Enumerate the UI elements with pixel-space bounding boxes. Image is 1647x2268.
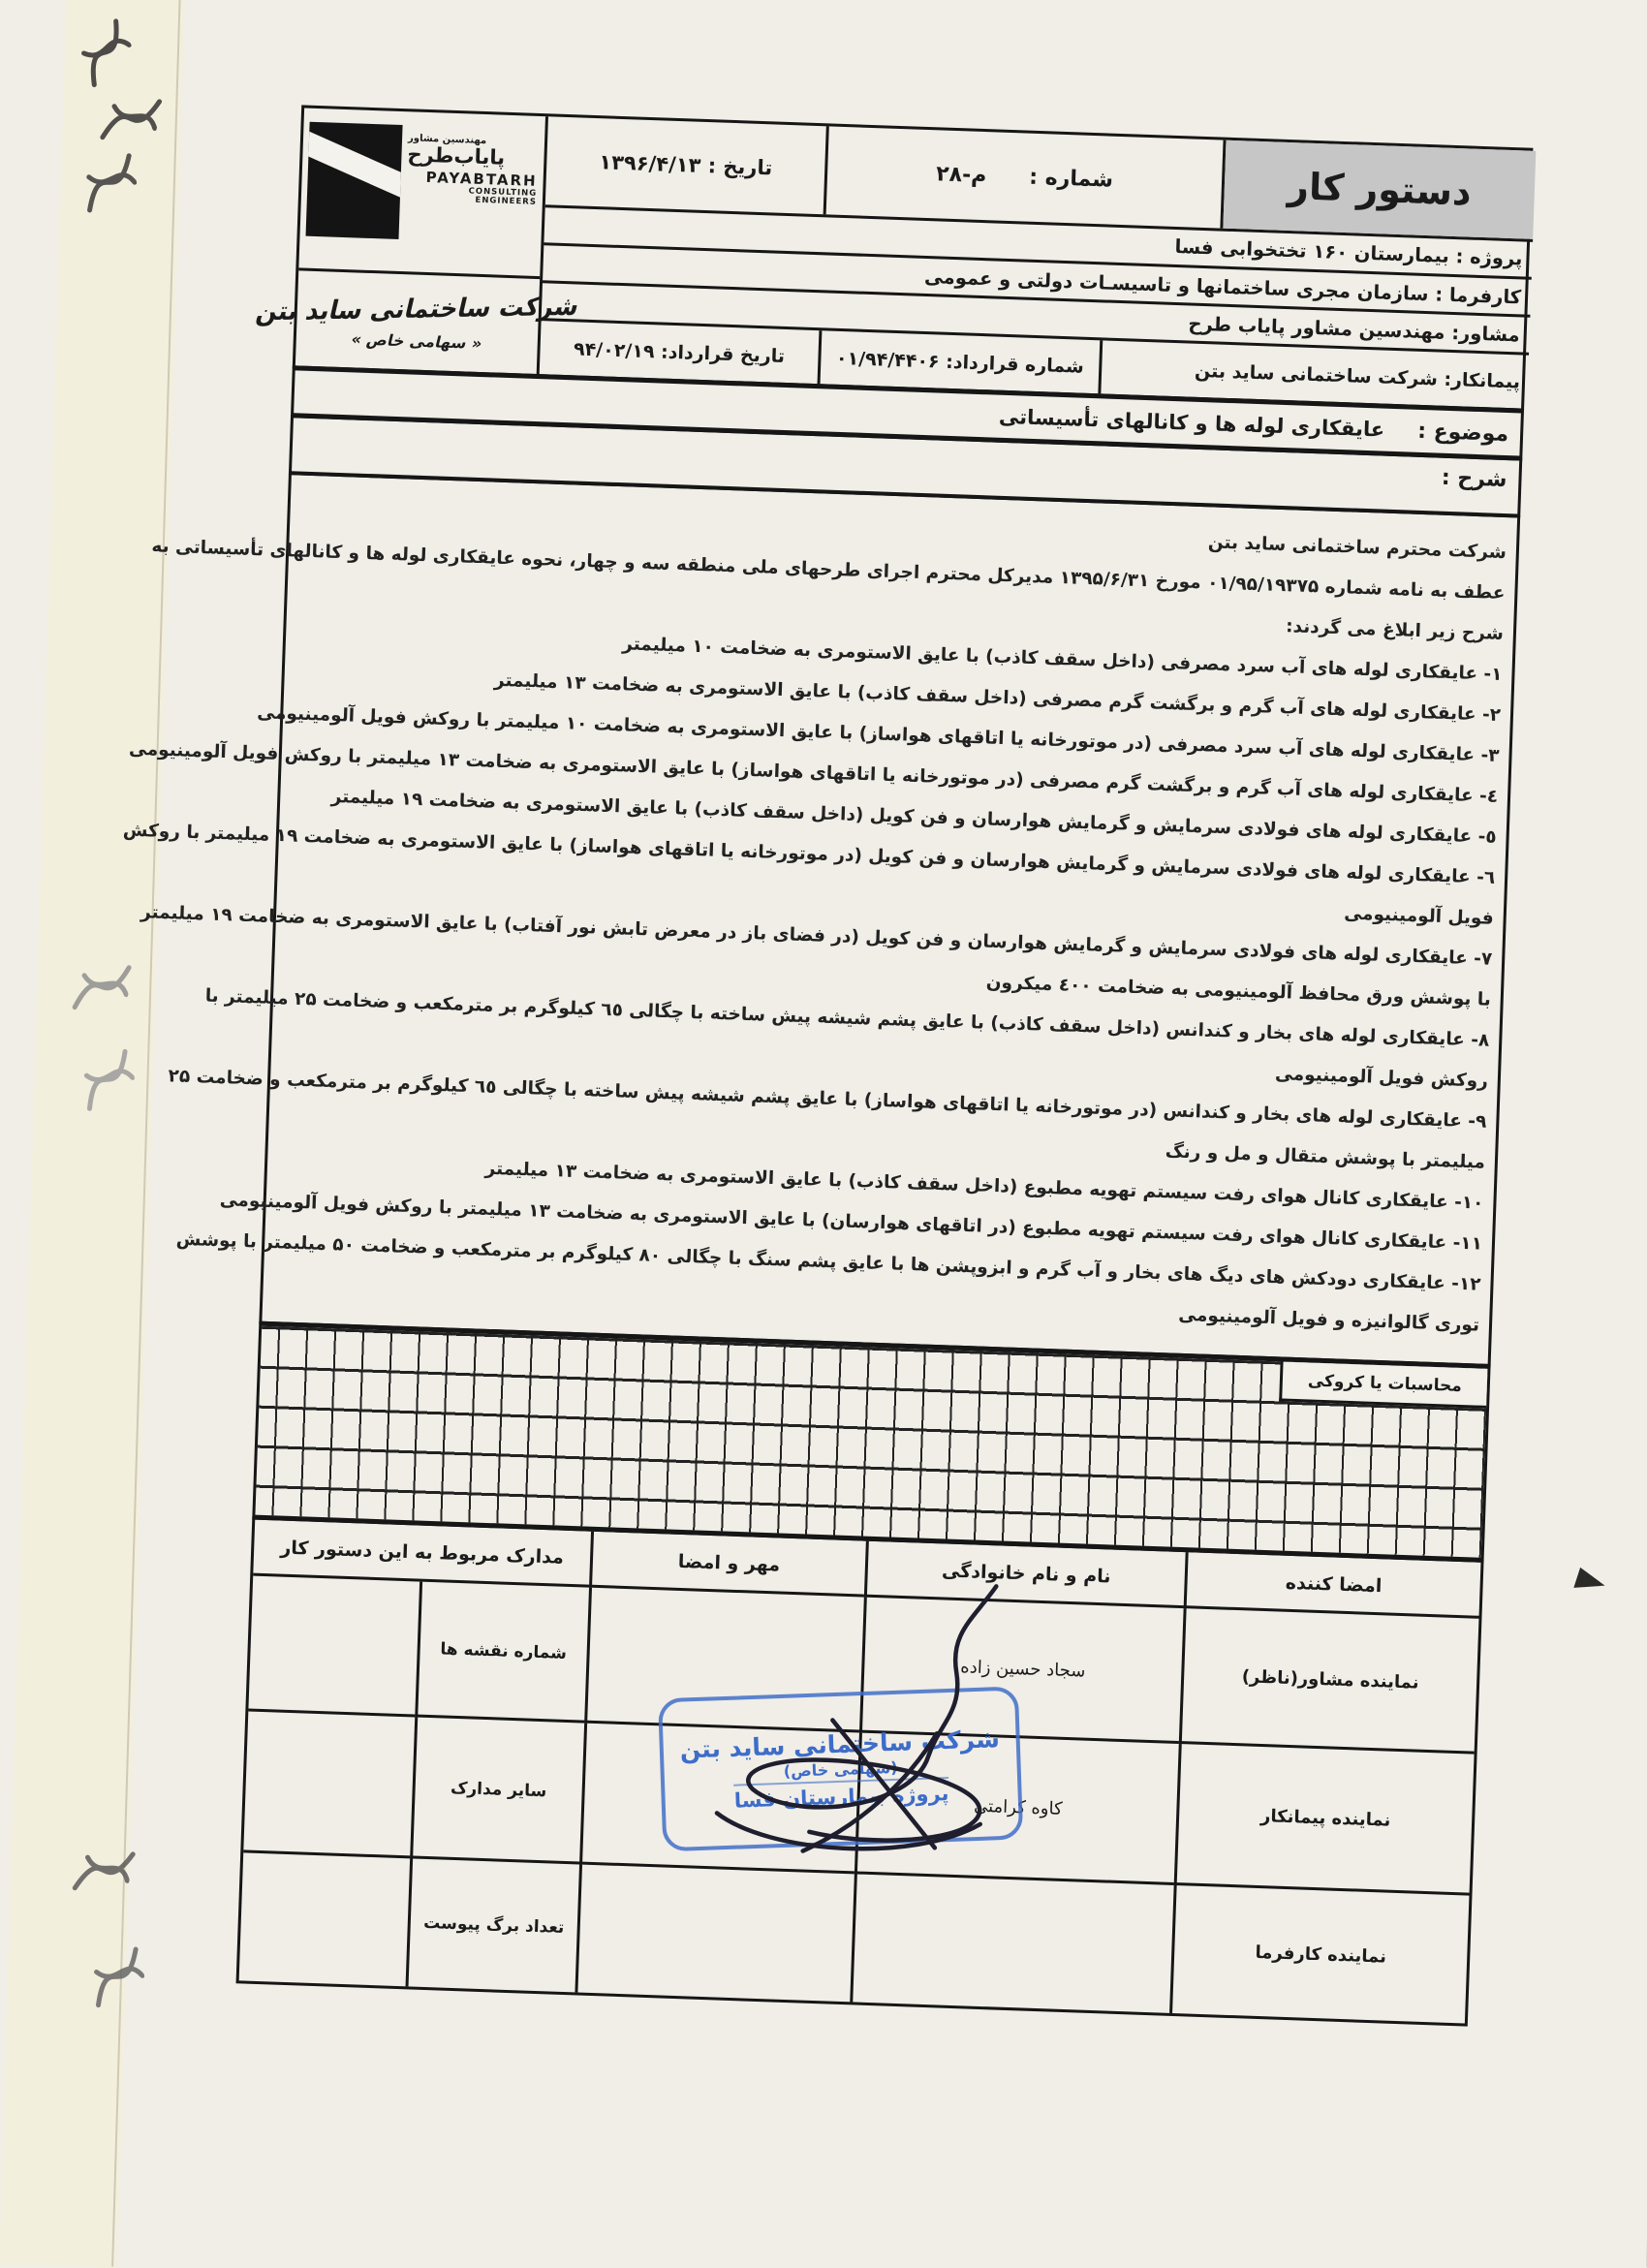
number-cell: شماره : م-۲۸ (754, 126, 1154, 228)
documents-label: سایر مدارک (337, 1717, 512, 1864)
date-value: ۱۳۹۶/۴/۱۳ (526, 151, 629, 178)
date-label: تاریخ : (635, 155, 699, 180)
signatory-role: نماینده پیمانکار (1102, 1744, 1402, 1896)
number-label: شماره : (956, 166, 1041, 193)
documents-value (171, 1711, 342, 1858)
number-value: م-۲۸ (863, 162, 915, 188)
payabtarh-logo: مهندسین مشاور پایاب‌طرح PAYABTARH CONSUL… (226, 108, 473, 279)
contractor-name-calligraphy: شرکت ساختمانی ساید بتن (181, 292, 510, 326)
brand-en-sub: CONSULTING ENGINEERS (333, 185, 465, 207)
scanned-work-order-page: { "colors": {"stamp_blue": "#3e6cc9", "t… (0, 0, 1647, 2178)
contract-date-cell: تاریخ قرارداد: ۹۴/۰۲/۱۹ (467, 321, 750, 384)
handwritten-signature (573, 1567, 970, 1871)
documents-value (167, 1852, 338, 1986)
contract-number-cell: شماره قرارداد: ۰۱/۹۴/۴۴۰۶ (748, 331, 1031, 394)
subject-label: موضوع : (1345, 419, 1437, 446)
col-header-signatory: امضا کننده (1111, 1552, 1409, 1619)
logo-stripe (233, 128, 330, 208)
payabtarh-logo-text: مهندسین مشاور پایاب‌طرح PAYABTARH CONSUL… (330, 119, 466, 272)
scan-artifact-arrow (1501, 1568, 1535, 1597)
subject-value: عایقکاری لوله ها و کانالهای تأسیساتی (926, 405, 1313, 442)
signatory-name (777, 1874, 1101, 2012)
description-label: شرح : (1368, 466, 1434, 492)
payabtarh-logo-icon (233, 122, 330, 239)
description-body: شرکت محترم ساختمانی ساید بتن عطف به نامه… (186, 472, 1447, 1367)
header-fields: تاریخ : ۱۳۹۶/۴/۱۳ شماره : م-۲۸ دستور کار… (467, 116, 1464, 408)
signatory-role: نماینده مشاور(ناظر) (1106, 1608, 1407, 1755)
logo-column: مهندسین مشاور پایاب‌طرح PAYABTARH CONSUL… (223, 108, 476, 374)
stamp-signature-area (502, 1865, 781, 2003)
documents-label: تعداد برگ پیوست (333, 1858, 508, 1992)
sketch-label-cell: محاسبات یا کروکی (1206, 1361, 1414, 1408)
contractor-letterhead: شرکت ساختمانی ساید بتن « سهامی خاص » (223, 270, 467, 374)
documents-label: شماره نقشه ها (342, 1582, 516, 1724)
date-cell: تاریخ : ۱۳۹۶/۴/۱۳ (473, 116, 757, 214)
signatory-role: نماینده کارفرما (1097, 1885, 1396, 2024)
brand-fa: پایاب‌طرح (334, 143, 466, 171)
form-title: دستور کار (1150, 140, 1463, 239)
documents-value (175, 1576, 347, 1718)
header-table: مهندسین مشاور پایاب‌طرح PAYABTARH CONSUL… (220, 105, 1461, 411)
contractor-type: « سهامی خاص » (277, 329, 412, 353)
work-order-document: مهندسین مشاور پایاب‌طرح PAYABTARH CONSUL… (164, 105, 1461, 2026)
